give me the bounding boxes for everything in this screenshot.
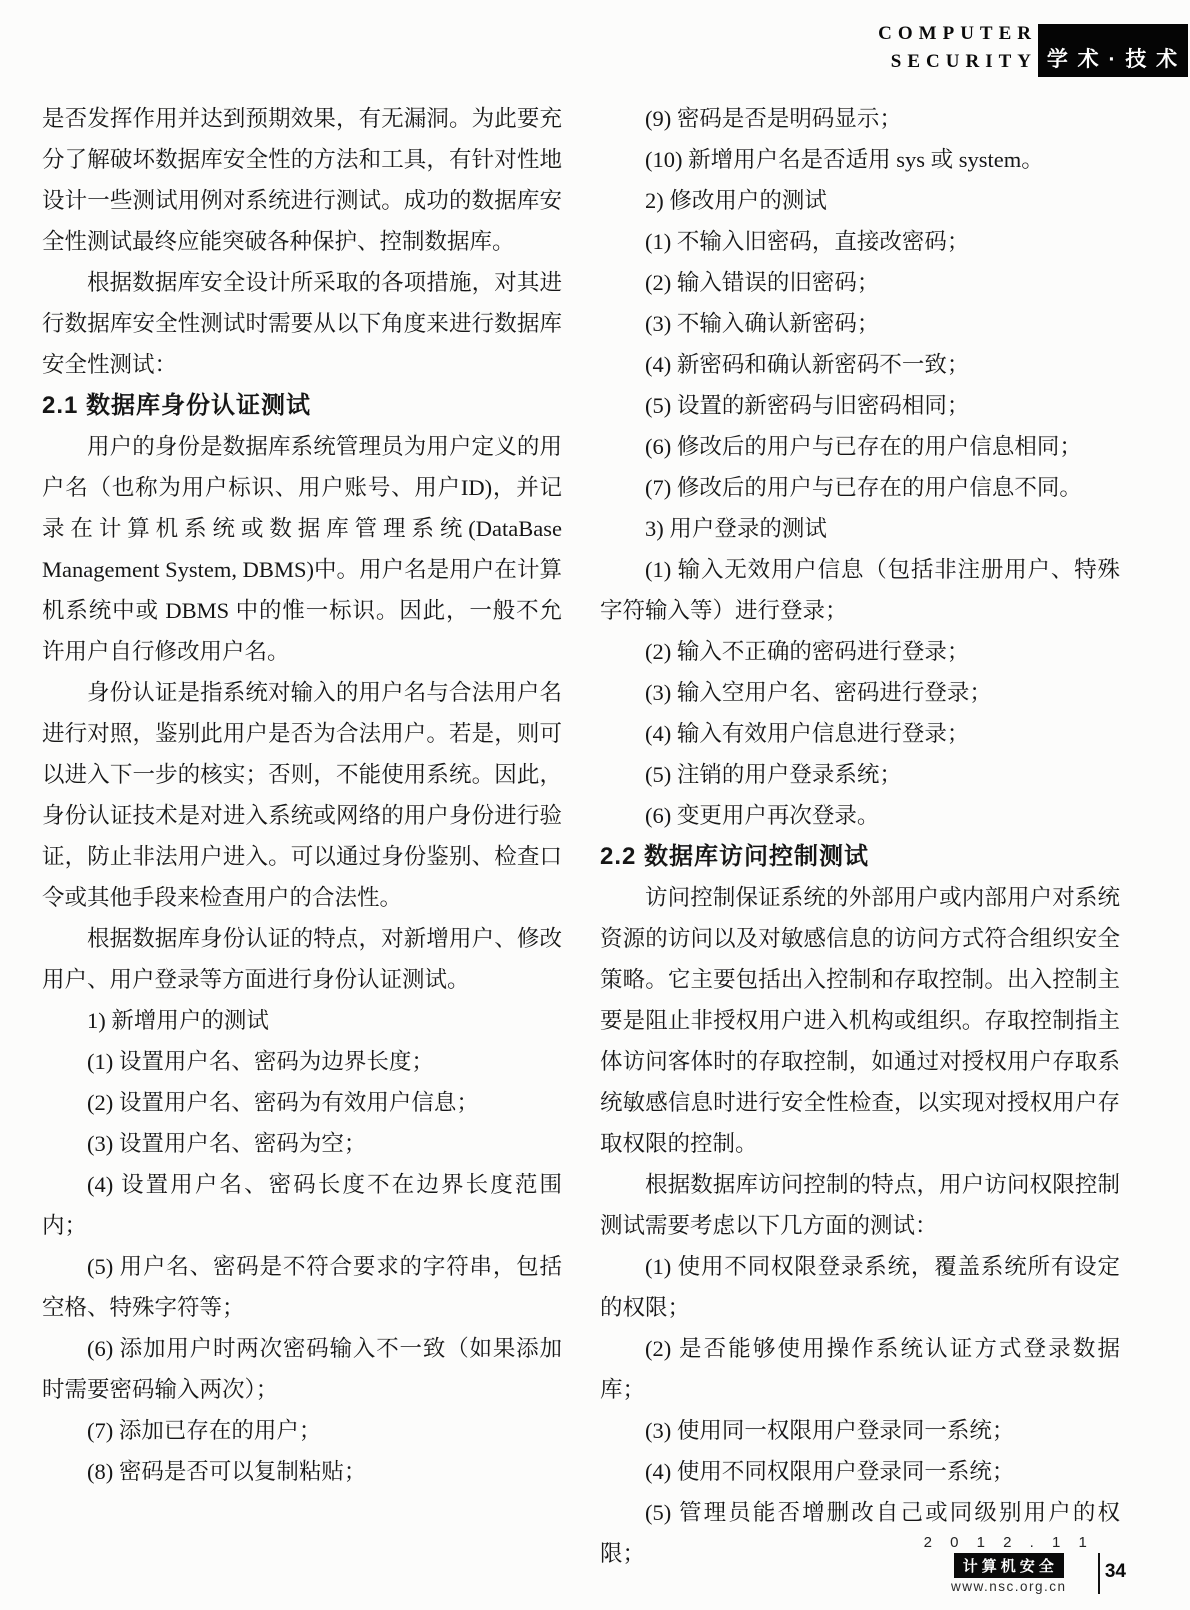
list-item: (1) 设置用户名、密码为边界长度； (42, 1041, 562, 1082)
list-item: (3) 设置用户名、密码为空； (42, 1123, 562, 1164)
list-item: 3) 用户登录的测试 (600, 508, 1120, 549)
list-item: (1) 输入无效用户信息（包括非注册用户、特殊字符输入等）进行登录； (600, 549, 1120, 631)
list-item: 2) 修改用户的测试 (600, 180, 1120, 221)
list-item: (4) 设置用户名、密码长度不在边界长度范围内； (42, 1164, 562, 1246)
list-item: (3) 输入空用户名、密码进行登录； (600, 672, 1120, 713)
issue-date: 2 0 1 2 . 1 1 (924, 1534, 1094, 1551)
section-heading-2-2: 2.2 数据库访问控制测试 (600, 836, 1120, 877)
list-item: (3) 不输入确认新密码； (600, 303, 1120, 344)
journal-logo: 计算机安全 (954, 1553, 1064, 1578)
list-item: (8) 密码是否可以复制粘贴； (42, 1451, 562, 1492)
journal-page: COMPUTER SECURITY 学 术 · 技 术 是否发挥作用并达到预期效… (0, 0, 1190, 1610)
paragraph: 根据数据库访问控制的特点，用户访问权限控制测试需要考虑以下几方面的测试： (600, 1164, 1120, 1246)
website-url: www.nsc.org.cn (951, 1579, 1067, 1594)
paragraph: 是否发挥作用并达到预期效果，有无漏洞。为此要充分了解破坏数据库安全性的方法和工具… (42, 98, 562, 262)
page-footer: 2 0 1 2 . 1 1 计算机安全 www.nsc.org.cn 34 (924, 1534, 1126, 1594)
paragraph: 用户的身份是数据库系统管理员为用户定义的用户名（也称为用户标识、用户账号、用户I… (42, 426, 562, 672)
list-item: (2) 输入不正确的密码进行登录； (600, 631, 1120, 672)
list-item: (10) 新增用户名是否适用 sys 或 system。 (600, 139, 1120, 180)
masthead-line2: SECURITY (878, 48, 1037, 76)
list-item: (6) 变更用户再次登录。 (600, 795, 1120, 836)
page-number: 34 (1098, 1553, 1126, 1594)
article-body: 是否发挥作用并达到预期效果，有无漏洞。为此要充分了解破坏数据库安全性的方法和工具… (42, 98, 1120, 1574)
list-item: 1) 新增用户的测试 (42, 1000, 562, 1041)
list-item: (2) 设置用户名、密码为有效用户信息； (42, 1082, 562, 1123)
section-heading-2-1: 2.1 数据库身份认证测试 (42, 385, 562, 426)
list-item: (5) 用户名、密码是不符合要求的字符串，包括空格、特殊字符等； (42, 1246, 562, 1328)
list-item: (2) 输入错误的旧密码； (600, 262, 1120, 303)
right-column: (9) 密码是否是明码显示； (10) 新增用户名是否适用 sys 或 syst… (600, 98, 1120, 1574)
list-item: (4) 新密码和确认新密码不一致； (600, 344, 1120, 385)
magazine-masthead: COMPUTER SECURITY (878, 20, 1037, 76)
paragraph: 根据数据库身份认证的特点，对新增用户、修改用户、用户登录等方面进行身份认证测试。 (42, 918, 562, 1000)
left-column: 是否发挥作用并达到预期效果，有无漏洞。为此要充分了解破坏数据库安全性的方法和工具… (42, 98, 562, 1574)
section-badge: 学 术 · 技 术 (1038, 24, 1188, 77)
list-item: (6) 添加用户时两次密码输入不一致（如果添加时需要密码输入两次）； (42, 1328, 562, 1410)
list-item: (4) 输入有效用户信息进行登录； (600, 713, 1120, 754)
list-item: (2) 是否能够使用操作系统认证方式登录数据库； (600, 1328, 1120, 1410)
list-item: (1) 不输入旧密码，直接改密码； (600, 221, 1120, 262)
paragraph: 根据数据库安全设计所采取的各项措施，对其进行数据库安全性测试时需要从以下角度来进… (42, 262, 562, 385)
list-item: (6) 修改后的用户与已存在的用户信息相同； (600, 426, 1120, 467)
list-item: (1) 使用不同权限登录系统，覆盖系统所有设定的权限； (600, 1246, 1120, 1328)
masthead-line1: COMPUTER (878, 20, 1037, 48)
journal-imprint: 2 0 1 2 . 1 1 计算机安全 www.nsc.org.cn (924, 1534, 1094, 1594)
list-item: (9) 密码是否是明码显示； (600, 98, 1120, 139)
paragraph: 访问控制保证系统的外部用户或内部用户对系统资源的访问以及对敏感信息的访问方式符合… (600, 877, 1120, 1164)
paragraph: 身份认证是指系统对输入的用户名与合法用户名进行对照，鉴别此用户是否为合法用户。若… (42, 672, 562, 918)
list-item: (3) 使用同一权限用户登录同一系统； (600, 1410, 1120, 1451)
list-item: (7) 添加已存在的用户； (42, 1410, 562, 1451)
list-item: (7) 修改后的用户与已存在的用户信息不同。 (600, 467, 1120, 508)
list-item: (5) 设置的新密码与旧密码相同； (600, 385, 1120, 426)
list-item: (5) 注销的用户登录系统； (600, 754, 1120, 795)
list-item: (4) 使用不同权限用户登录同一系统； (600, 1451, 1120, 1492)
